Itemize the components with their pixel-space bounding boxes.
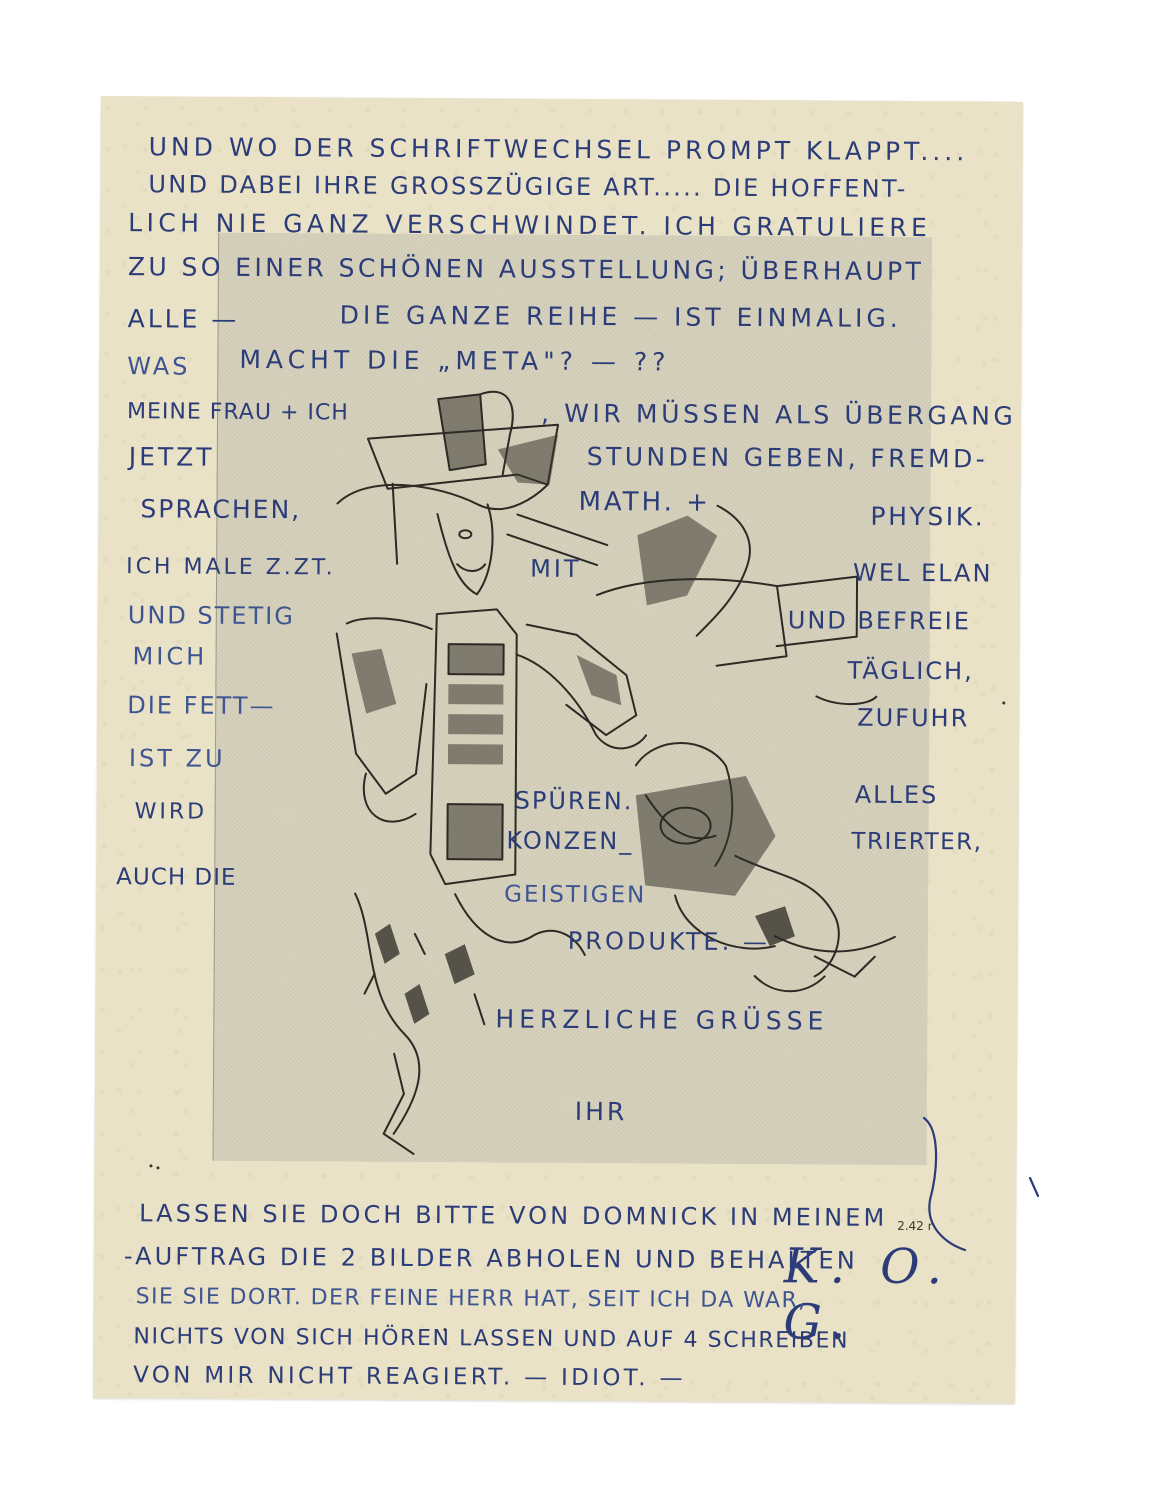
postscript-line-2: -AUFTRAG DIE 2 BILDER ABHOLEN UND BEHALT… (124, 1244, 858, 1272)
postscript-line-5: VON MIR NICHT REAGIERT. — IDIOT. — (133, 1364, 686, 1390)
closing-greeting: HERZLICHE GRÜSSE (495, 1006, 828, 1033)
letter-line-10c: WEL ELAN (853, 561, 993, 586)
postscript-line-1: LASSEN SIE DOCH BITTE VON DOMNICK IN MEI… (139, 1201, 887, 1230)
letter-line-6b: MACHT DIE „META"? — ?? (239, 347, 670, 375)
letter-line-10a: ICH MALE Z.ZT. (126, 556, 336, 579)
letter-line-14c: ALLES (855, 783, 939, 808)
letter-line-8a: JETZT (129, 444, 215, 470)
letter-line-11a: UND STETIG (128, 603, 295, 628)
postcard: UND WO DER SCHRIFTWECHSEL PROMPT KLAPPT.… (93, 96, 1023, 1404)
letter-line-7a: MEINE FRAU + ICH (127, 401, 349, 424)
print-number: 2.42 r (897, 1219, 933, 1233)
letter-line-2: UND DABEI IHRE GROSSZÜGIGE ART..... DIE … (148, 172, 907, 201)
letter-line-14a: IST ZU (129, 746, 226, 771)
letter-line-14b: SPÜREN. (515, 789, 634, 814)
letter-line-4: ZU SO EINER SCHÖNEN AUSSTELLUNG; ÜBERHAU… (128, 254, 924, 284)
letter-line-16a: AUCH DIE (116, 866, 236, 890)
postscript-line-3: SIE SIE DORT. DER FEINE HERR HAT, SEIT I… (136, 1286, 807, 1312)
letter-line-12a: MICH (133, 644, 208, 668)
letter-line-17: PRODUKTE. — (568, 929, 770, 954)
letter-line-7b: , WIR MÜSSEN ALS ÜBERGANG (541, 401, 1017, 429)
letter-line-1: UND WO DER SCHRIFTWECHSEL PROMPT KLAPPT.… (149, 134, 969, 164)
letter-line-13a: DIE FETT— (127, 693, 275, 718)
letter-line-15a: WIRD (135, 801, 208, 823)
letter-line-5a: ALLE — (128, 306, 240, 332)
letter-line-16b: GEISTIGEN (504, 883, 646, 907)
letter-line-8b: STUNDEN GEBEN, FREMD- (587, 444, 988, 471)
letter-line-9c: PHYSIK. (870, 504, 985, 530)
letter-line-9b: MATH. + (578, 489, 711, 516)
letter-line-3: LICH NIE GANZ VERSCHWINDET. ICH GRATULIE… (128, 210, 931, 240)
letter-line-6a: WAS (127, 354, 190, 378)
letter-line-12b: TÄGLICH, (847, 659, 973, 684)
letter-line-15b: KONZEN_ (506, 828, 633, 853)
letter-line-9a: SPRACHEN, (140, 496, 301, 522)
letter-line-13b: ZUFUHR (857, 706, 969, 731)
letter-line-11b: UND BEFREIE (788, 608, 971, 633)
letter-line-5b: DIE GANZE REIHE — IST EINMALIG. (340, 302, 902, 330)
postscript-line-4: NICHTS VON SICH HÖREN LASSEN UND AUF 4 S… (133, 1326, 849, 1352)
letter-line-15c: TRIERTER, (851, 831, 982, 855)
paper-specks (101, 96, 1023, 102)
closing-ihr: IHR (575, 1099, 628, 1124)
letter-line-10b: MIT (530, 557, 582, 581)
